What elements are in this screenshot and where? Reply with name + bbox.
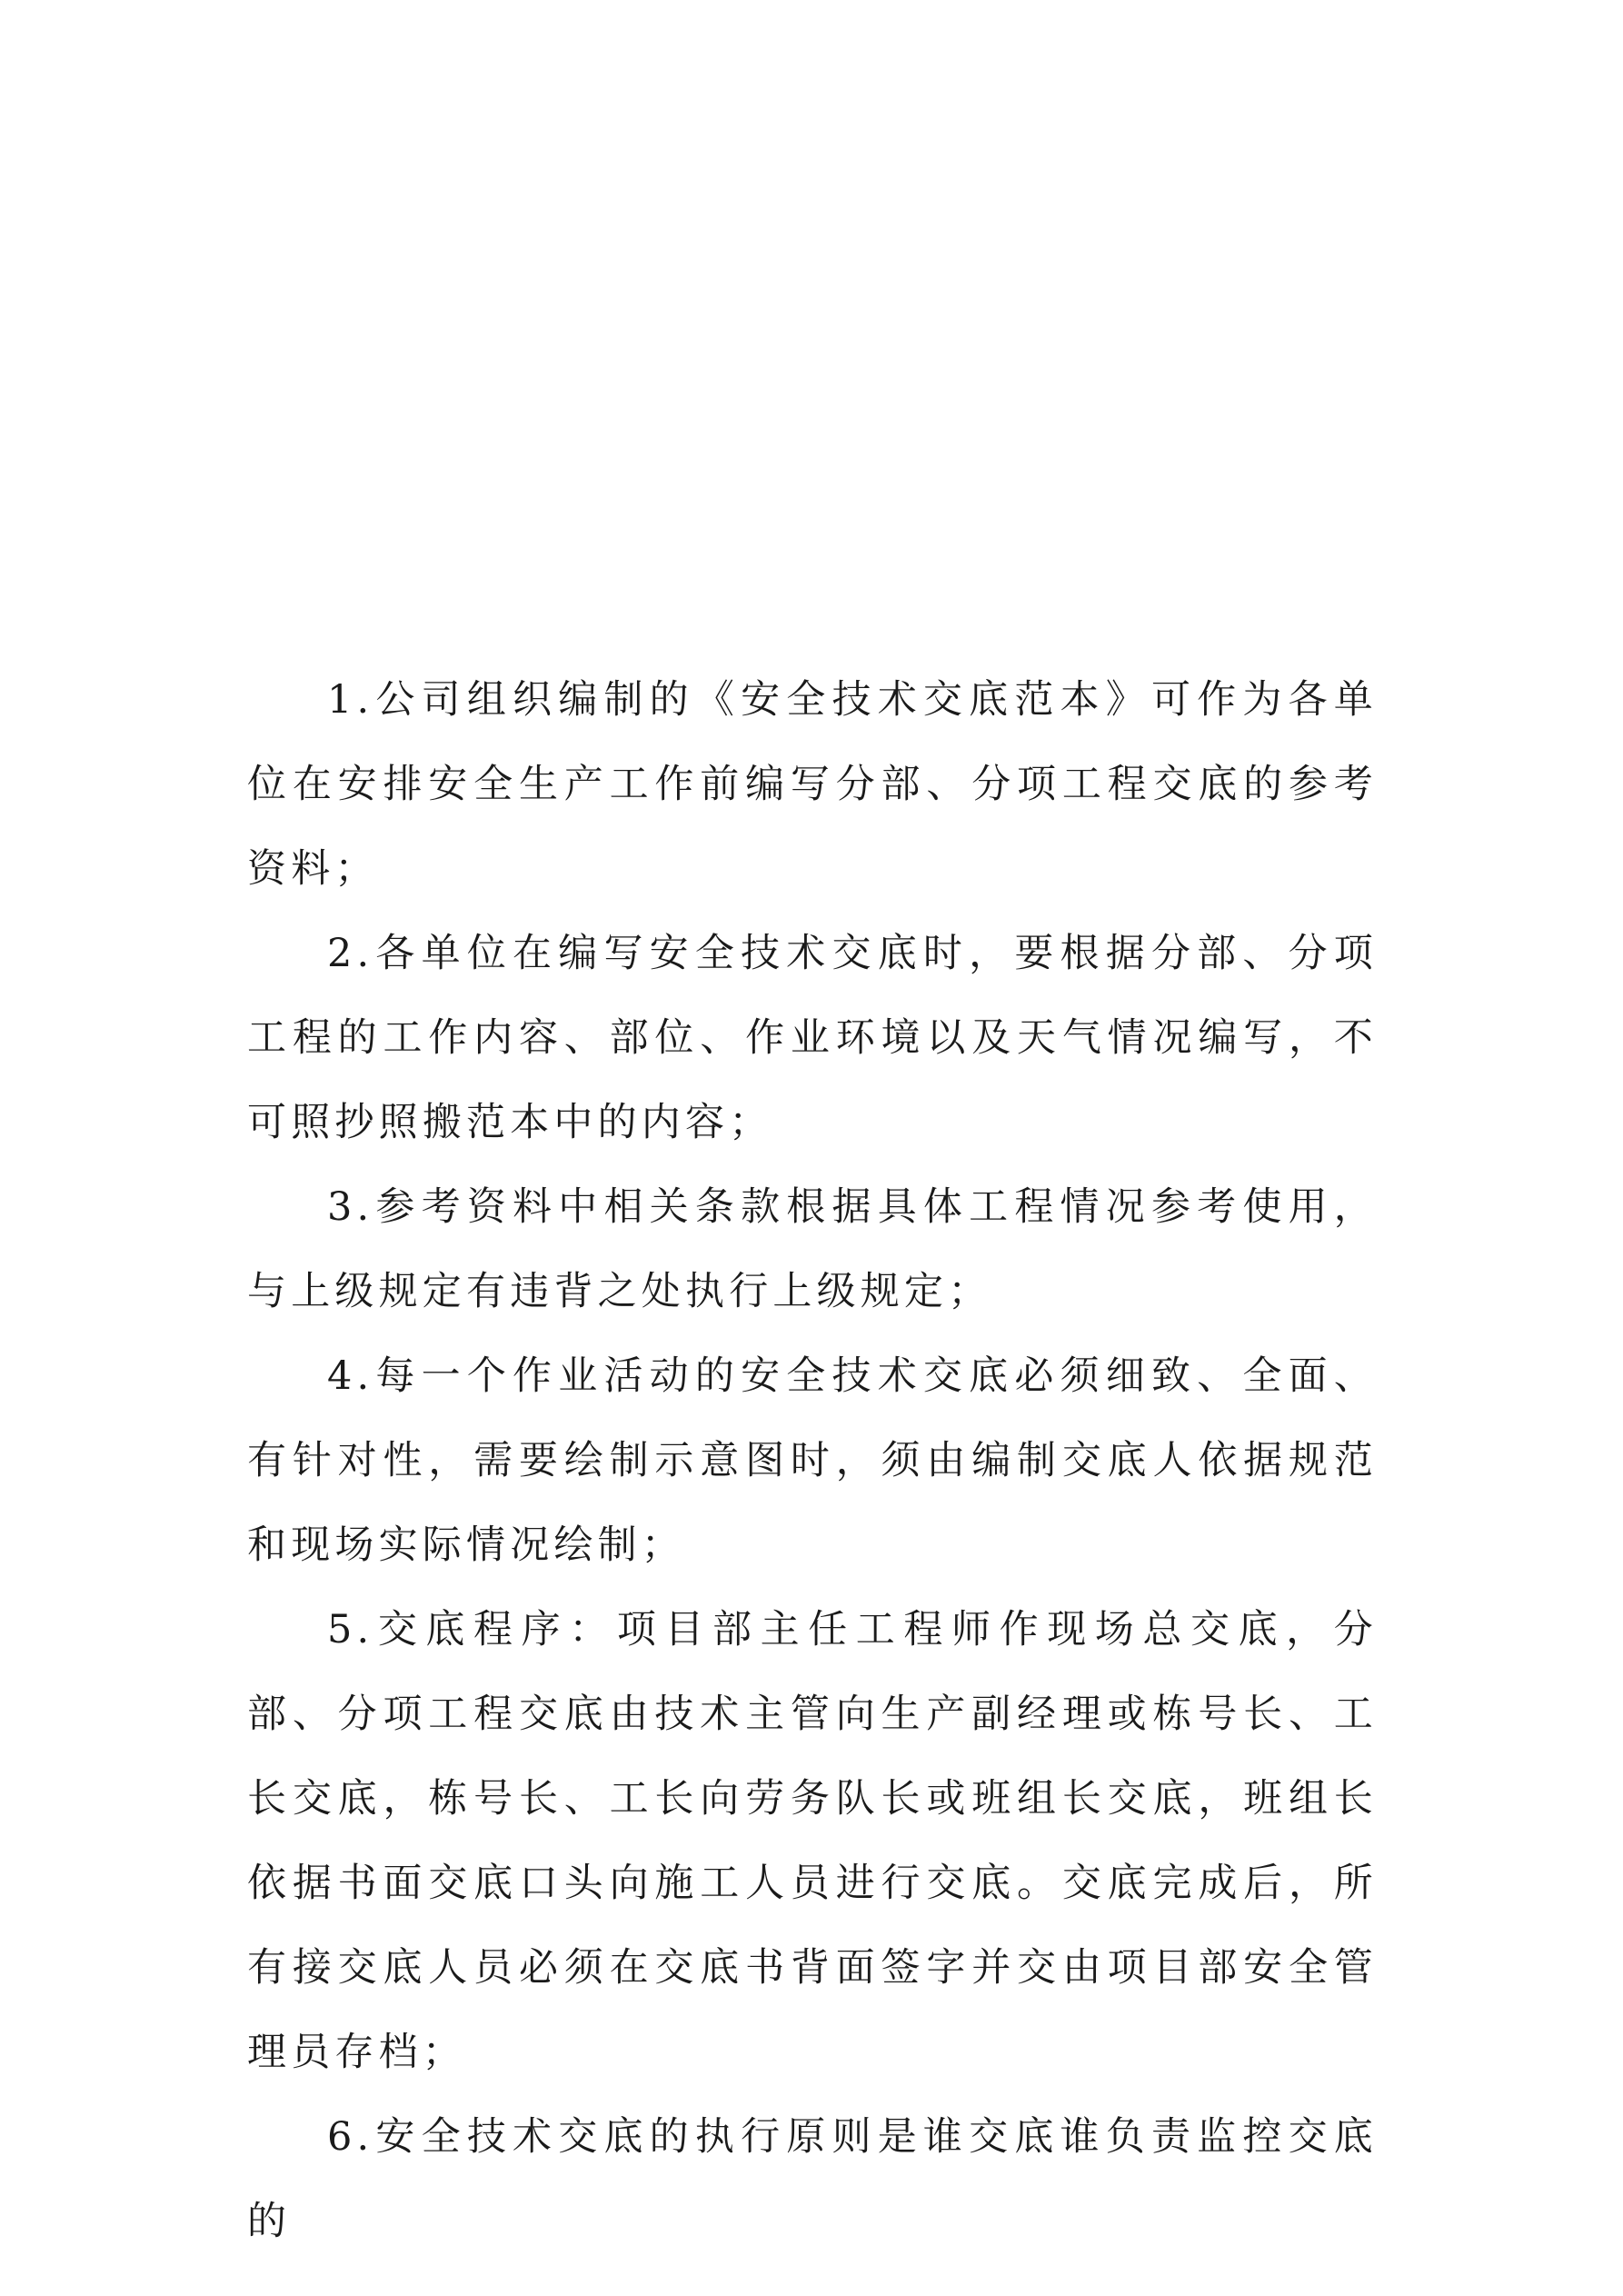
paragraph-6: 6.安全技术交底的执行原则是谁交底谁负责监控交底的 <box>247 2095 1378 2264</box>
paragraph-3: 3.参考资料中相关条款根据具体工程情况参考使用，与上级规定有违背之处执行上级规定… <box>247 1165 1378 1334</box>
paragraph-1: 1.公司组织编制的《安全技术交底范本》可作为各单位在安排安全生产工作前编写分部、… <box>247 658 1378 912</box>
paragraph-5: 5.交底程序：项目部主任工程师作现场总交底，分部、分项工程交底由技术主管向生产副… <box>247 1588 1378 2095</box>
paragraph-4: 4.每一个作业活动的安全技术交底必须细致、全面、有针对性，需要绘制示意图时，须由… <box>247 1334 1378 1588</box>
paragraph-2: 2.各单位在编写安全技术交底时，要根据分部、分项工程的工作内容、部位、作业环境以… <box>247 912 1378 1165</box>
document-page: 1.公司组织编制的《安全技术交底范本》可作为各单位在安排安全生产工作前编写分部、… <box>247 658 1378 2264</box>
